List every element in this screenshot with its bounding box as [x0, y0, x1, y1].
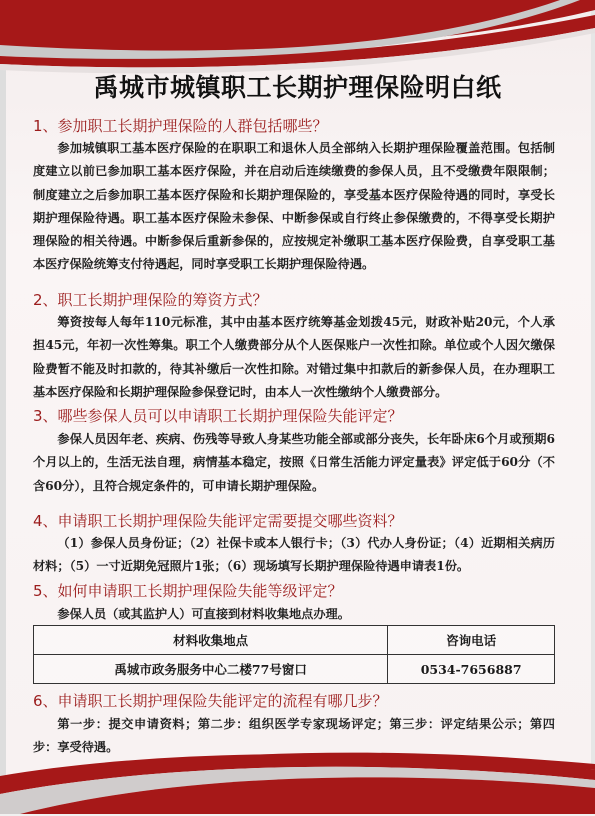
- collection-point-table: 材料收集地点 咨询电话 禹城市政务服务中心二楼77号窗口 0534-765688…: [33, 625, 555, 684]
- table-header-location: 材料收集地点: [34, 626, 388, 655]
- scan-edge-right: [591, 0, 595, 816]
- section-1-heading: 1、参加职工长期护理保险的人群包括哪些？: [33, 115, 328, 136]
- section-4-heading: 4、申请职工长期护理保险失能评定需要提交哪些资料？: [33, 510, 403, 531]
- section-6-heading: 6、申请职工长期护理保险失能评定的流程有哪几步？: [33, 690, 388, 711]
- section-3-heading: 3、哪些参保人员可以申请职工长期护理保险失能评定？: [33, 405, 403, 426]
- section-3-body: 参保人员因年老、疾病、伤残等导致人身某些功能全部或部分丧失，长年卧床6个月或预期…: [33, 428, 555, 498]
- table-header-phone: 咨询电话: [388, 626, 555, 655]
- leaflet-page: 禹城市城镇职工长期护理保险明白纸 1、参加职工长期护理保险的人群包括哪些？ 参加…: [0, 0, 595, 816]
- footer-wave-decoration: [0, 736, 595, 816]
- section-1-body: 参加城镇职工基本医疗保险的在职职工和退休人员全部纳入长期护理保险覆盖范围。包括制…: [33, 137, 555, 277]
- section-5-heading: 5、如何申请职工长期护理保险失能等级评定？: [33, 580, 343, 601]
- page-title: 禹城市城镇职工长期护理保险明白纸: [0, 68, 595, 104]
- table-cell-phone: 0534-7656887: [388, 655, 555, 684]
- scan-edge-left: [0, 0, 6, 816]
- section-4-body: （1）参保人员身份证；（2）社保卡或本人银行卡；（3）代办人身份证；（4）近期相…: [33, 532, 555, 579]
- table-header-row: 材料收集地点 咨询电话: [34, 626, 555, 655]
- table-row: 禹城市政务服务中心二楼77号窗口 0534-7656887: [34, 655, 555, 684]
- section-2-body: 筹资按每人每年110元标准，其中由基本医疗统筹基金划拨45元，财政补贴20元，个…: [33, 311, 555, 404]
- table-cell-location: 禹城市政务服务中心二楼77号窗口: [34, 655, 388, 684]
- section-2-heading: 2、职工长期护理保险的筹资方式？: [33, 289, 268, 310]
- section-5-body: 参保人员（或其监护人）可直接到材料收集地点办理。: [33, 603, 555, 626]
